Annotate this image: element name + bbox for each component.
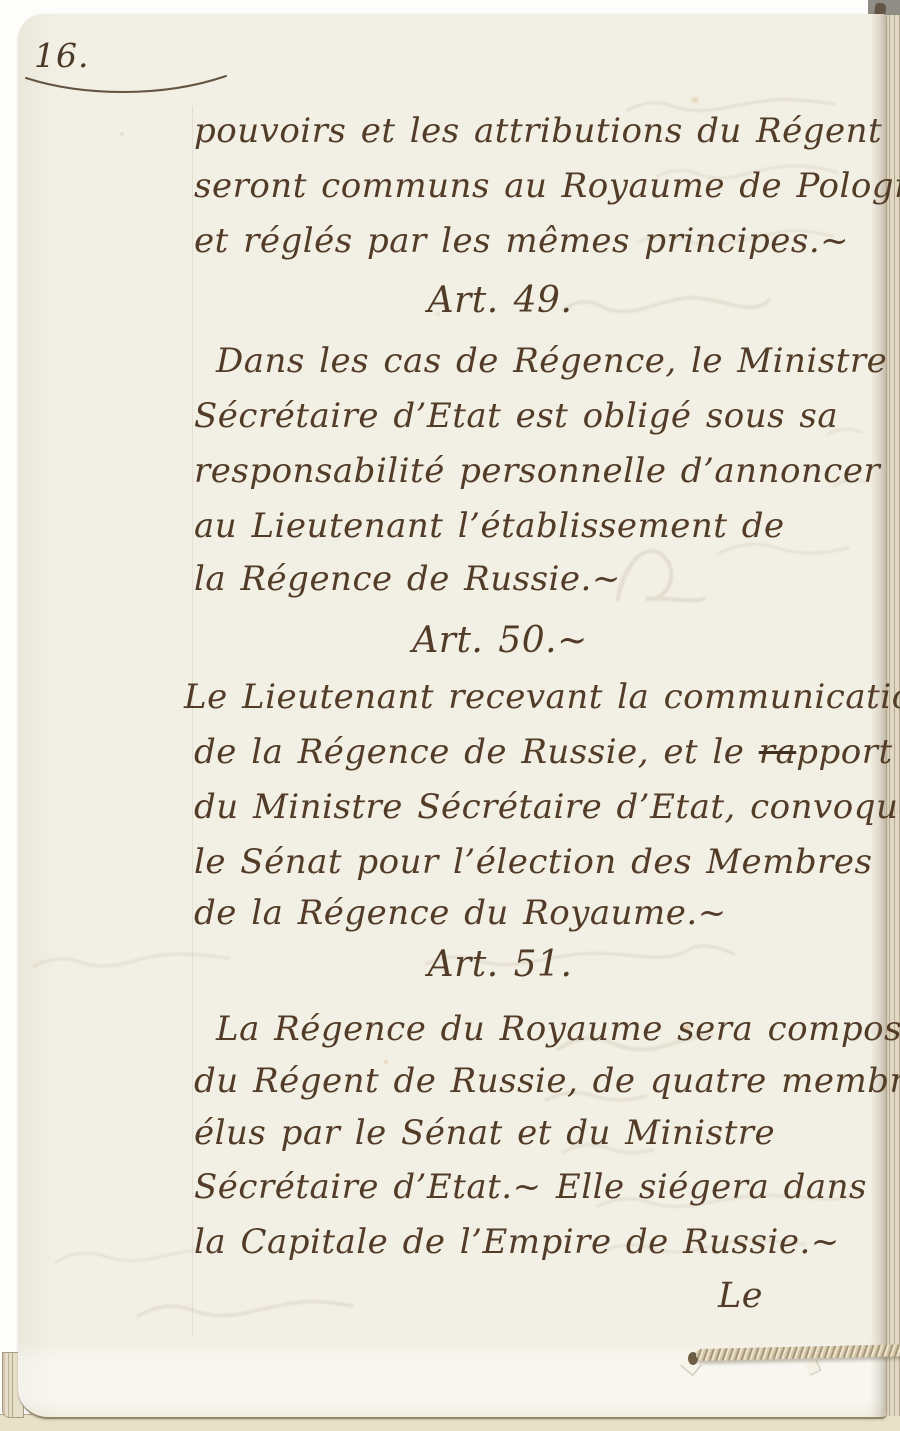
text-line: du Régent de Russie, de quatre membres bbox=[194, 1062, 900, 1101]
text-line: Sécrétaire d’Etat.~ Elle siégera dans bbox=[194, 1168, 867, 1207]
text-segment: de la Régence de Russie, et le bbox=[194, 732, 759, 772]
catchword: Le bbox=[718, 1276, 763, 1316]
text-line: élus par le Sénat et du Ministre bbox=[194, 1114, 775, 1153]
text-line: Dans les cas de Régence, le Ministre bbox=[216, 342, 887, 381]
page-number-flourish bbox=[22, 70, 232, 98]
text-line: de la Régence du Royaume.~ bbox=[194, 894, 727, 933]
text-line: la Capitale de l’Empire de Russie.~ bbox=[194, 1223, 840, 1262]
struck-correction: ra bbox=[759, 732, 797, 772]
text-line: au Lieutenant l’établissement de bbox=[194, 507, 785, 546]
text-line: du Ministre Sécrétaire d’Etat, convoque bbox=[194, 788, 900, 827]
text-line: pouvoirs et les attributions du Régent bbox=[194, 112, 882, 151]
text-line: La Régence du Royaume sera composée bbox=[216, 1010, 900, 1049]
article-heading: Art. 51. bbox=[66, 944, 900, 985]
manuscript-page: 16. pouvoirs et les attributions du Rége… bbox=[18, 14, 887, 1419]
text-line: la Régence de Russie.~ bbox=[194, 560, 621, 599]
text-line: responsabilité personnelle d’annoncer bbox=[194, 452, 880, 491]
text-line: Sécrétaire d’Etat est obligé sous sa bbox=[194, 397, 838, 436]
article-heading: Art. 49. bbox=[66, 280, 900, 321]
article-heading: Art. 50.~ bbox=[66, 620, 900, 661]
page-edge-crease bbox=[870, 14, 886, 1417]
text-line: et réglés par les mêmes principes.~ bbox=[194, 222, 849, 261]
text-line: le Sénat pour l’élection des Membres bbox=[194, 843, 873, 882]
text-line: de la Régence de Russie, et le rapport bbox=[194, 733, 893, 772]
manuscript-scan: 16. pouvoirs et les attributions du Rége… bbox=[0, 0, 900, 1431]
text-line: seront communs au Royaume de Pologne bbox=[194, 167, 900, 206]
text-line: Le Lieutenant recevant la communication bbox=[184, 678, 900, 717]
